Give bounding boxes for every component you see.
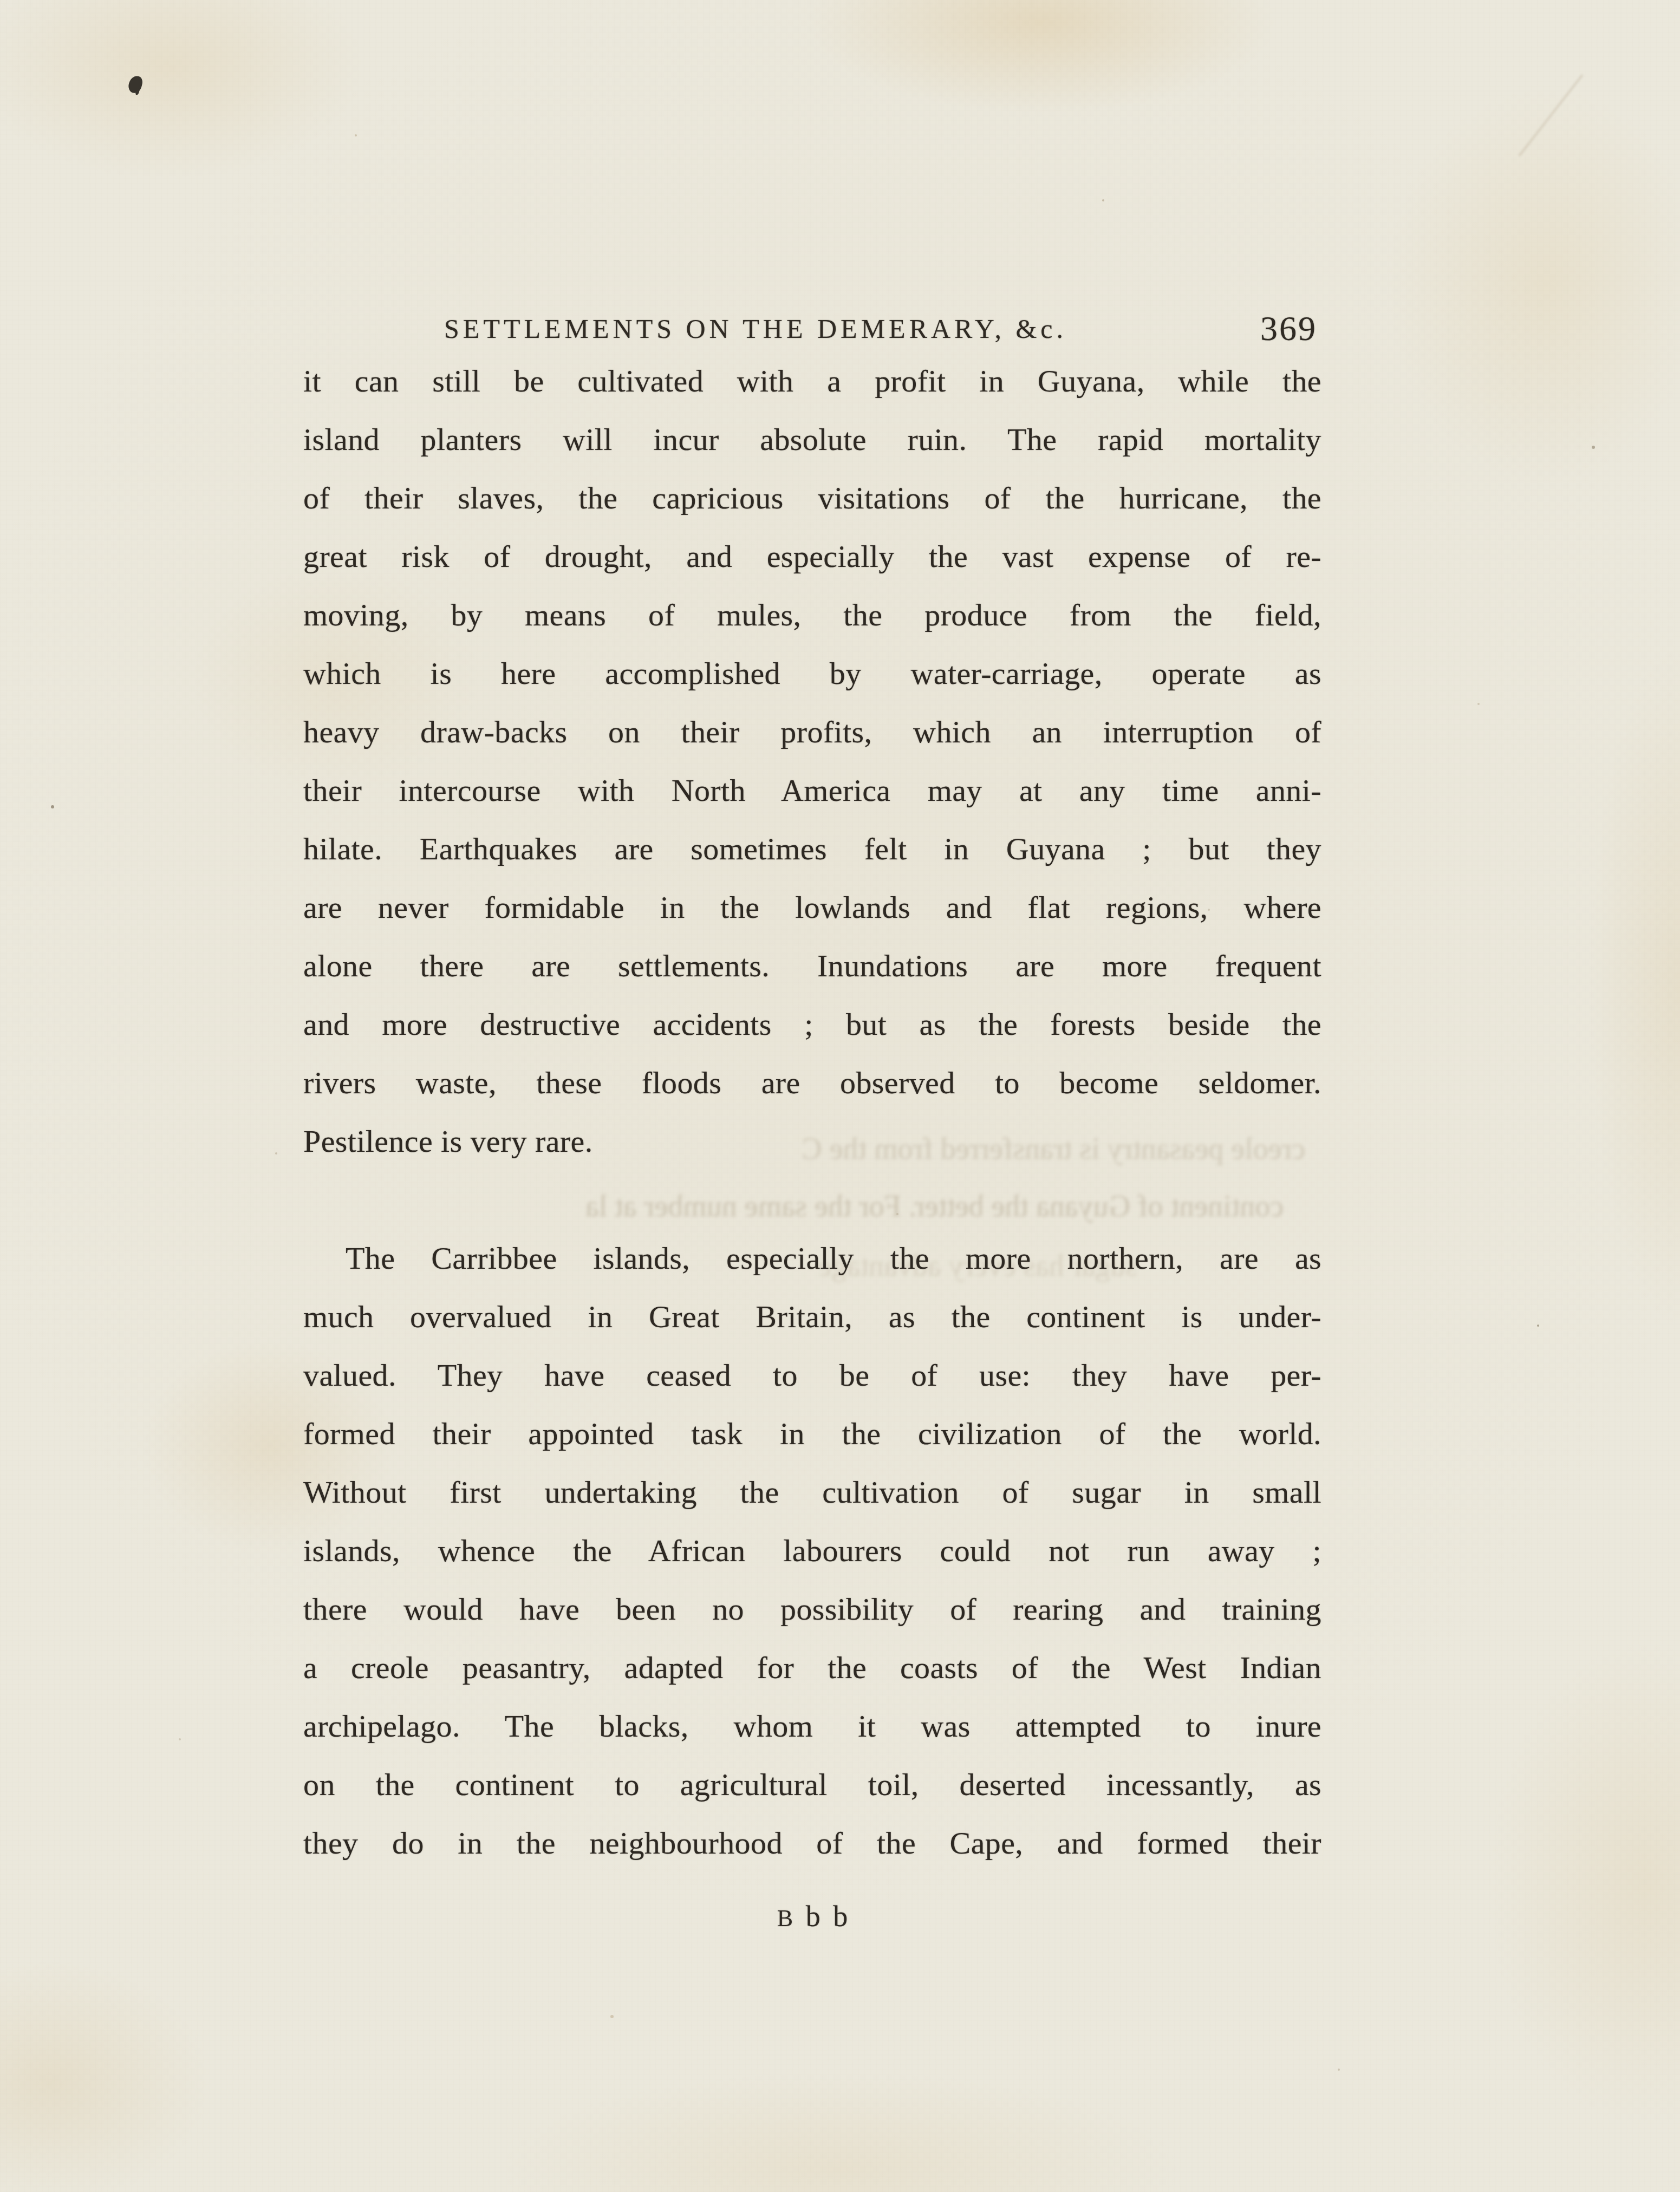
text-line: a creole peasantry, adapted for the coas… xyxy=(303,1639,1321,1697)
text-line: Pestilence is very rare. xyxy=(303,1112,1321,1171)
text-line: and more destructive accidents ; but as … xyxy=(303,995,1321,1054)
text-line: of their slaves, the capricious visitati… xyxy=(303,469,1321,527)
text-line: moving, by means of mules, the produce f… xyxy=(303,586,1321,644)
text-line: islands, whence the African labourers co… xyxy=(303,1522,1321,1580)
signature-mark: B b b xyxy=(303,1900,1321,1933)
text-line: valued. They have ceased to be of use: t… xyxy=(303,1346,1321,1405)
text-line: there would have been no possibility of … xyxy=(303,1580,1321,1639)
text-line: great risk of drought, and especially th… xyxy=(303,527,1321,586)
text-line: which is here accomplished by water-carr… xyxy=(303,644,1321,703)
text-line: much overvalued in Great Britain, as the… xyxy=(303,1288,1321,1346)
text-line: are never formidable in the lowlands and… xyxy=(303,878,1321,937)
text-line: heavy draw-backs on their profits, which… xyxy=(303,703,1321,761)
text-line: on the continent to agricultural toil, d… xyxy=(303,1756,1321,1814)
book-page: creole peasantry is transferred from the… xyxy=(0,0,1680,2192)
paragraph-gap xyxy=(303,1171,1321,1229)
text-line: it can still be cultivated with a profit… xyxy=(303,352,1321,410)
text-line: island planters will incur absolute ruin… xyxy=(303,410,1321,469)
text-line: The Carribbee islands, especially the mo… xyxy=(303,1229,1321,1288)
text-block: it can still be cultivated with a profit… xyxy=(303,352,1321,1873)
paper-crease xyxy=(1519,74,1583,156)
text-line: formed their appointed task in the civil… xyxy=(303,1405,1321,1463)
text-line: alone there are settlements. Inundations… xyxy=(303,937,1321,995)
text-line: rivers waste, these floods are observed … xyxy=(303,1054,1321,1112)
text-line: archipelago. The blacks, whom it was att… xyxy=(303,1697,1321,1756)
text-line: hilate. Earthquakes are sometimes felt i… xyxy=(303,820,1321,878)
ink-blot xyxy=(127,75,144,95)
running-header: SETTLEMENTS ON THE DEMERARY, &c. xyxy=(303,313,1208,344)
text-line: Without first undertaking the cultivatio… xyxy=(303,1463,1321,1522)
text-line: they do in the neighbourhood of the Cape… xyxy=(303,1814,1321,1873)
text-line: their intercourse with North America may… xyxy=(303,761,1321,820)
paper-specks xyxy=(0,0,2,2)
page-number: 369 xyxy=(1260,309,1317,349)
